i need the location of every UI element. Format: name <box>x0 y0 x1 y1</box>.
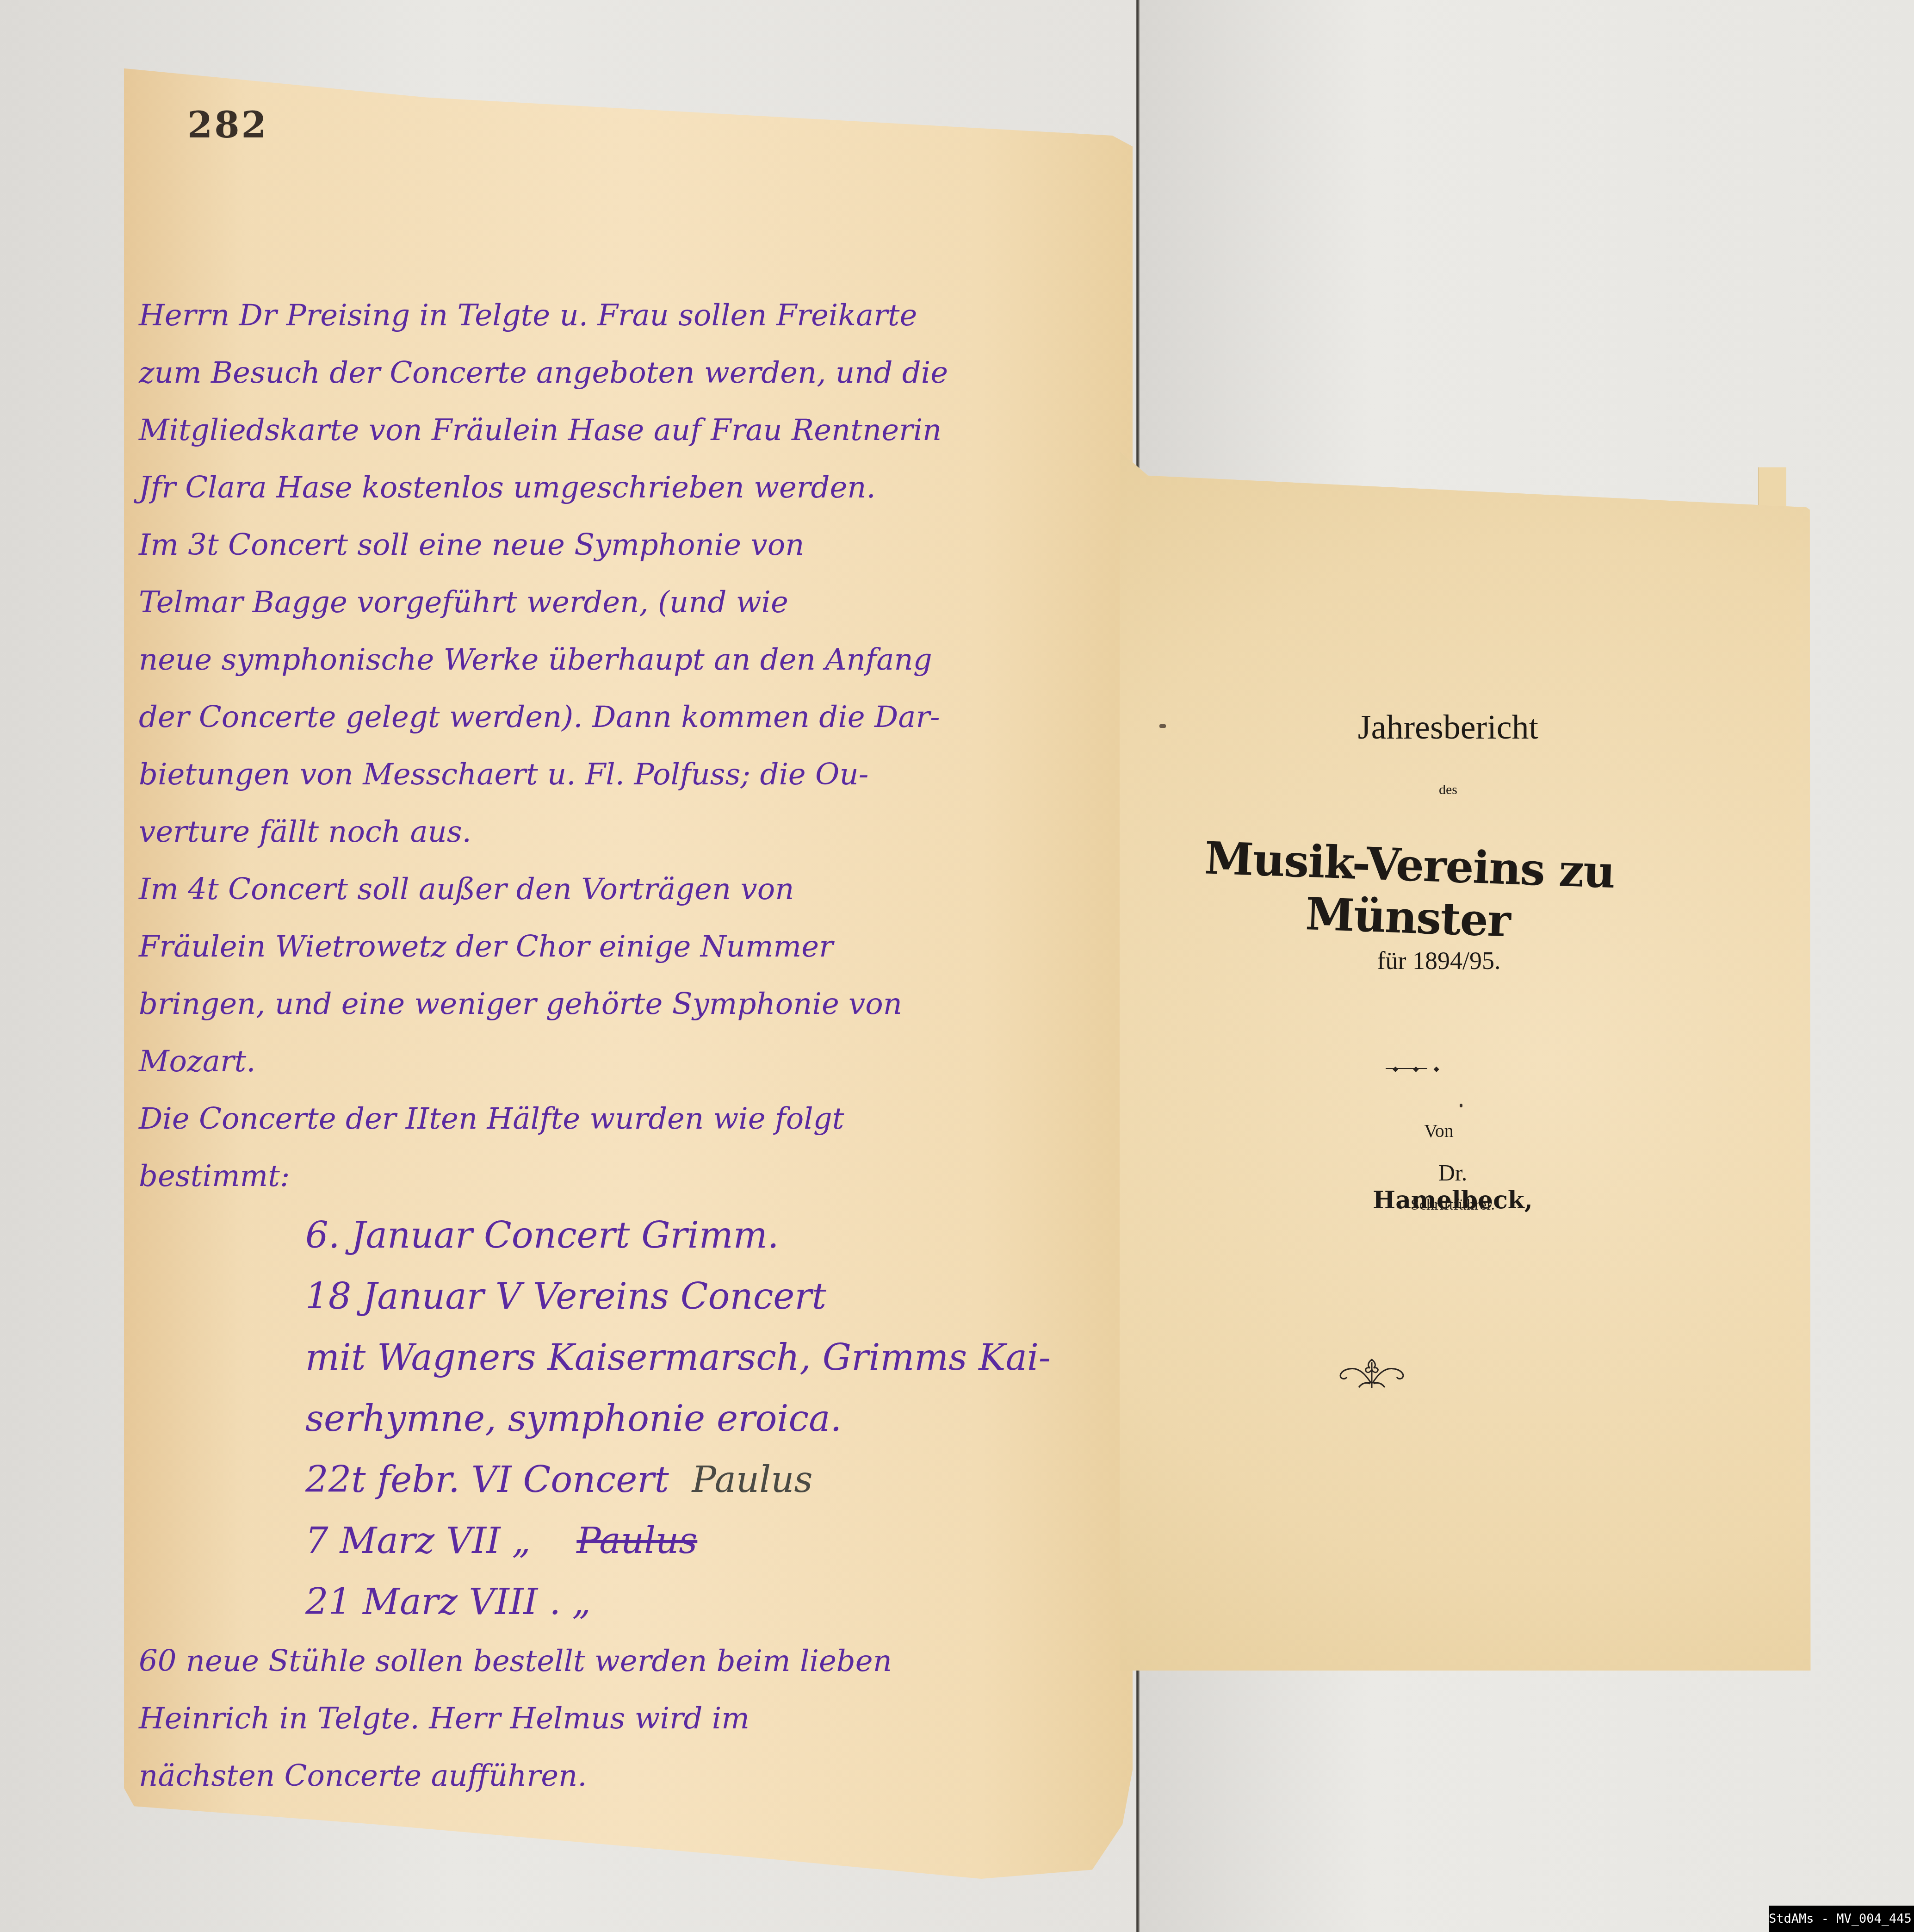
handwritten-line: Im 4t Concert soll außer den Vorträgen v… <box>139 861 916 918</box>
handwritten-line: bietungen von Messchaert u. Fl. Polfuss;… <box>139 746 916 803</box>
handwritten-line: 60 neue Stühle sollen bestellt werden be… <box>139 1633 916 1690</box>
handwritten-line: Herrn Dr Preising in Telgte u. Frau soll… <box>139 287 916 344</box>
handwritten-line: nächsten Concerte aufführen. <box>139 1747 916 1805</box>
handwritten-line: Jfr Clara Hase kostenlos umgeschrieben w… <box>139 459 916 516</box>
page-number: 282 <box>187 104 268 146</box>
schedule-entry: 18 Januar V Vereins Concert <box>139 1266 916 1327</box>
archive-label: StdAMs - MV_004_445 <box>1769 1906 1914 1932</box>
handwritten-line: Heinrich in Telgte. Herr Helmus wird im <box>139 1690 916 1747</box>
schedule-entry: serhymne, symphonie eroica. <box>139 1388 916 1449</box>
pamphlet-author-role: Schriftführer. <box>1383 1196 1522 1214</box>
handwritten-line: Mozart. <box>139 1033 916 1090</box>
handwritten-text: Herrn Dr Preising in Telgte u. Frau soll… <box>139 287 916 1805</box>
schedule-entry: 6. Januar Concert Grimm. <box>139 1205 916 1266</box>
schedule-entry: 7 Marz VII „ Paulus <box>139 1510 916 1572</box>
handwritten-line: Im 3t Concert soll eine neue Symphonie v… <box>139 516 916 574</box>
pamphlet-title: Jahresbericht <box>1286 708 1610 747</box>
pamphlet-preposition: des <box>1360 782 1536 798</box>
pamphlet-by: Von <box>1397 1120 1480 1142</box>
ink-mark <box>1460 1104 1462 1107</box>
schedule-entry-text: 7 Marz VII „ <box>305 1520 531 1562</box>
author-prefix: Dr. <box>1438 1160 1468 1186</box>
schedule-entry: mit Wagners Kaisermarsch, Grimms Kai- <box>139 1327 916 1388</box>
handwritten-line: neue symphonische Werke überhaupt an den… <box>139 631 916 689</box>
schedule-entry-text: 22t febr. VI Concert <box>305 1459 669 1501</box>
schedule-entry: 22t febr. VI Concert Paulus <box>139 1449 916 1510</box>
handwritten-line: Mitgliedskarte von Fräulein Hase auf Fra… <box>139 402 916 459</box>
struck-text: Paulus <box>576 1520 697 1562</box>
pamphlet-organization: Musik-Vereins zu Münster <box>1106 828 1711 954</box>
show-through-text <box>1115 546 1809 1555</box>
handwritten-line: verture fällt noch aus. <box>139 803 916 861</box>
divider-diamonds-icon: ◆ ◆ ◆ <box>1393 1064 1446 1074</box>
handwritten-line: der Concerte gelegt werden). Dann kommen… <box>139 689 916 746</box>
pencil-annotation: Paulus <box>692 1459 813 1501</box>
fleuron-ornament-icon <box>1335 1356 1409 1393</box>
handwritten-line: Telmar Bagge vorgeführt werden, (und wie <box>139 574 916 631</box>
pamphlet-year: für 1894/95. <box>1342 946 1536 975</box>
handwritten-line: bestimmt: <box>139 1148 916 1205</box>
handwritten-line: zum Besuch der Concerte angeboten werden… <box>139 344 916 402</box>
schedule-entry: 21 Marz VIII . „ <box>139 1572 916 1633</box>
handwritten-line: Fräulein Wietrowetz der Chor einige Numm… <box>139 918 916 975</box>
handwritten-line: bringen, und eine weniger gehörte Sympho… <box>139 975 916 1033</box>
ink-mark <box>1159 724 1166 728</box>
handwritten-line: Die Concerte der IIten Hälfte wurden wie… <box>139 1090 916 1148</box>
